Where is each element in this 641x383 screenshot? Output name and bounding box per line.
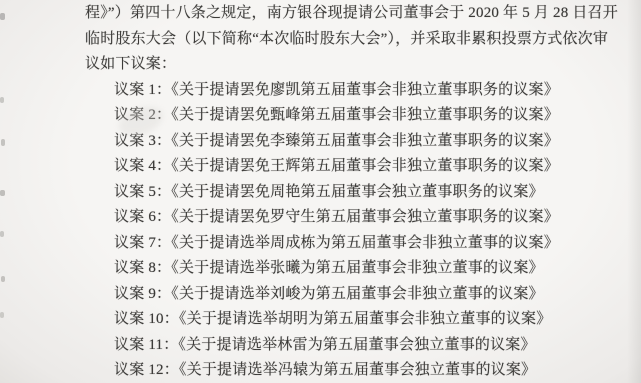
proposal-item-5: 议案 5：《关于提请罢免周艳第五届董事会独立董事职务的议案》 <box>114 180 641 206</box>
proposal-item-8: 议案 8：《关于提请选举张曦为第五届董事会非独立董事的议案》 <box>114 256 641 282</box>
paragraph-line: 临时股东大会（以下简称“本次临时股东大会”），并采取非累积投票方式依次审 <box>85 27 641 53</box>
proposal-item-2: 议案 2：《关于提请罢免甄峰第五届董事会非独立董事职务的议案》 <box>114 103 641 129</box>
scan-artifact <box>0 231 4 237</box>
proposal-item-10: 议案 10：《关于提请选举胡明为第五届董事会非独立董事的议案》 <box>114 307 641 333</box>
proposal-item-11: 议案 11：《关于提请选举林雷为第五届董事会独立董事的议案》 <box>114 333 641 359</box>
scan-artifact <box>0 97 4 103</box>
proposal-item-4: 议案 4：《关于提请罢免王辉第五届董事会非独立董事职务的议案》 <box>114 154 641 180</box>
scan-artifact <box>1 139 5 146</box>
proposal-item-3: 议案 3：《关于提请罢免李臻第五届董事会非独立董事职务的议案》 <box>114 129 641 155</box>
proposal-item-6: 议案 6：《关于提请罢免罗守生第五届董事会独立董事职务的议案》 <box>114 205 641 231</box>
document-page: 程》”）第四十八条之规定，南方银谷现提请公司董事会于 2020 年 5 月 28… <box>0 0 641 383</box>
scan-artifact <box>0 312 4 318</box>
scan-artifact <box>1 276 5 282</box>
proposal-item-7: 议案 7：《关于提请选举周成栋为第五届董事会非独立董事的议案》 <box>114 231 641 257</box>
paragraph-line: 议如下议案： <box>85 52 641 78</box>
scan-artifact <box>0 13 5 20</box>
scan-artifact <box>0 190 5 196</box>
paragraph-line: 程》”）第四十八条之规定，南方银谷现提请公司董事会于 2020 年 5 月 28… <box>85 1 641 27</box>
proposal-item-1: 议案 1：《关于提请罢免廖凯第五届董事会非独立董事职务的议案》 <box>114 78 641 104</box>
proposal-item-9: 议案 9：《关于提请选举刘峻为第五届董事会非独立董事的议案》 <box>114 282 641 308</box>
proposal-item-12: 议案 12：《关于提请选举冯辕为第五届董事会独立董事的议案》 <box>114 358 641 383</box>
